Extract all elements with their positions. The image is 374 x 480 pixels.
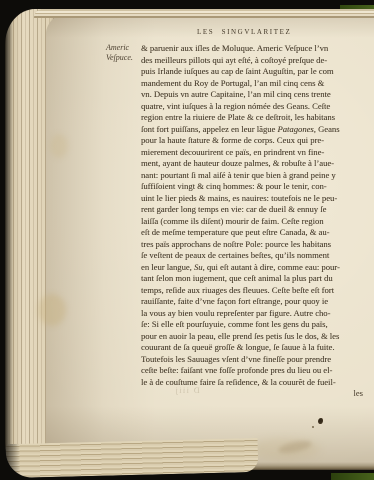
running-header: LES SINGVLARITEZ: [197, 28, 291, 36]
text-line: laiſſa (comme ils diſent) mourir de faim…: [141, 216, 363, 228]
text-line: pour en auoir la peau, elle prend ſes pe…: [141, 331, 363, 343]
text-line: quatre, vint iuſques à la region nómée d…: [141, 101, 363, 113]
text-line: tant ſelon mon iugement, que ceſt animal…: [141, 273, 363, 285]
paper-stain: [250, 438, 320, 460]
text-line: en leur langue, Su, qui eſt autant à dir…: [141, 262, 363, 274]
paper-stain: [38, 294, 66, 326]
text-line: puis Irlande iuſques au cap de ſaint Aug…: [141, 66, 363, 78]
margin-note-line: Americ: [106, 43, 142, 53]
text-line: des meilleurs pillots qui ayt eſté, à co…: [141, 55, 363, 67]
ink-spot: [318, 418, 323, 424]
text-line: ſe veſtent de peaux de certaines beſtes,…: [141, 250, 363, 262]
margin-note-line: Veſpuce.: [106, 53, 142, 63]
text-line: rent garder long temps en vie: car de du…: [141, 204, 363, 216]
text-line: temps, reſide aux riuages des fleuues. C…: [141, 285, 363, 297]
text-line: ſont fort puiſſans, appelez en leur lãgu…: [141, 124, 363, 136]
book-scan-photo: D iiij LES SINGVLARITEZ Americ Veſpuce. …: [0, 0, 374, 480]
text-line: region entre la riuiere de Plate & ce de…: [141, 112, 363, 124]
text-line: Toutefois les Sauuages vſent d’vne fineſ…: [141, 354, 363, 366]
text-line: le à de couſtume faire ſa reſidence, & l…: [141, 377, 363, 389]
catchword: les: [141, 388, 363, 398]
text-line: couurant de ſa queuë groſſe & longue, ſe…: [141, 342, 363, 354]
text-line: la vous ay bien voulu repreſenter par fi…: [141, 308, 363, 320]
text-line: mierement decouurirent ce païs, en prind…: [141, 147, 363, 159]
text-line: ſe: Si elle eſt pourſuyuie, comme font l…: [141, 319, 363, 331]
text-line: tres païs approchans de noſtre Pole: pou…: [141, 239, 363, 251]
text-line: mandement du Roy de Portugal, l’an mil c…: [141, 78, 363, 90]
page-edges-bottom: [6, 438, 259, 478]
text-line: eſt de meſme temperature que peut eſtre …: [141, 227, 363, 239]
text-line: ſuffiſoient vingt & cinq hommes: & pour …: [141, 181, 363, 193]
text-line: pour la haute ſtature & forme de corps. …: [141, 135, 363, 147]
page-top-edge: [34, 9, 374, 18]
book-page: D iiij LES SINGVLARITEZ Americ Veſpuce. …: [46, 12, 374, 470]
text-line: nant: pourtant ſi mal aiſé à tenir que b…: [141, 170, 363, 182]
text-line: uint le lier pieds & mains, es nauires: …: [141, 193, 363, 205]
cloth-backdrop-bottom: [331, 473, 374, 480]
body-text: & paruenir aux iſles de Moluque. Americ …: [141, 43, 363, 388]
text-line: vn. Depuis vn autre Capitaine, l’an mil …: [141, 89, 363, 101]
margin-note: Americ Veſpuce.: [106, 43, 142, 63]
text-line: rauiſſante, faite d’vne façon fort eſtra…: [141, 296, 363, 308]
paper-stain: [50, 134, 68, 158]
ink-fleck: [312, 426, 314, 428]
text-line: & paruenir aux iſles de Moluque. Americ …: [141, 43, 363, 55]
text-line: ment, ayant de hauteur douze palmes, & r…: [141, 158, 363, 170]
text-line: ceſte beſte: faiſant vne foſſe profonde …: [141, 365, 363, 377]
